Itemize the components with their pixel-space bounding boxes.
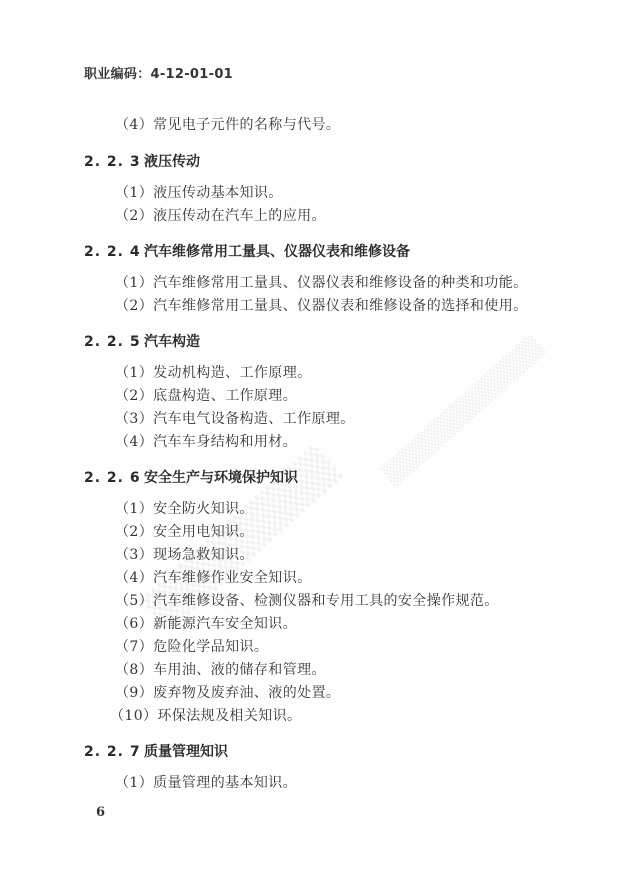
list-item: （1）液压传动基本知识。	[115, 182, 283, 202]
section-heading-2-2-4: 2. 2. 4汽车维修常用工量具、仪器仪表和维修设备	[84, 241, 410, 261]
section-heading-2-2-6: 2. 2. 6安全生产与环境保护知识	[84, 467, 298, 487]
list-item: （6）新能源汽车安全知识。	[115, 613, 297, 633]
list-item: （1）质量管理的基本知识。	[115, 772, 297, 792]
list-item: （2）汽车维修常用工量具、仪器仪表和维修设备的选择和使用。	[115, 295, 528, 315]
list-item: （9）废弃物及废弃油、液的处置。	[115, 682, 340, 702]
watermark: ▒▒▒▒▒▒▒▒▒▒▒▒	[380, 334, 548, 488]
section-heading-2-2-3: 2. 2. 3液压传动	[84, 151, 200, 171]
list-item: （4）常见电子元件的名称与代号。	[115, 114, 340, 134]
list-item: （1）安全防火知识。	[115, 498, 254, 518]
list-item: （2）底盘构造、工作原理。	[115, 385, 297, 405]
list-item: （7）危险化学品知识。	[115, 636, 268, 656]
list-item: （2）液压传动在汽车上的应用。	[115, 205, 326, 225]
list-item: （1）汽车维修常用工量具、仪器仪表和维修设备的种类和功能。	[115, 272, 528, 292]
list-item: （10）环保法规及相关知识。	[115, 705, 301, 725]
list-item: （4）汽车维修作业安全知识。	[115, 567, 312, 587]
list-item: （3）汽车电气设备构造、工作原理。	[115, 408, 355, 428]
document-page: ▒▒▒▒▒▒▒▒ ▒▒▒▒▒▒▒▒▒▒▒▒ 职业编码：4-12-01-01 （4…	[0, 0, 630, 883]
list-item: （5）汽车维修设备、检测仪器和专用工具的安全操作规范。	[115, 590, 499, 610]
list-item: （3）现场急救知识。	[115, 544, 254, 564]
list-item: （2）安全用电知识。	[115, 521, 254, 541]
list-item: （4）汽车车身结构和用材。	[115, 431, 297, 451]
section-heading-2-2-5: 2. 2. 5汽车构造	[84, 331, 200, 351]
section-heading-2-2-7: 2. 2. 7质量管理知识	[84, 741, 228, 761]
occupation-code-header: 职业编码：4-12-01-01	[84, 63, 233, 82]
list-item: （8）车用油、液的储存和管理。	[115, 659, 326, 679]
page-number: 6	[96, 805, 105, 820]
list-item: （1）发动机构造、工作原理。	[115, 362, 312, 382]
